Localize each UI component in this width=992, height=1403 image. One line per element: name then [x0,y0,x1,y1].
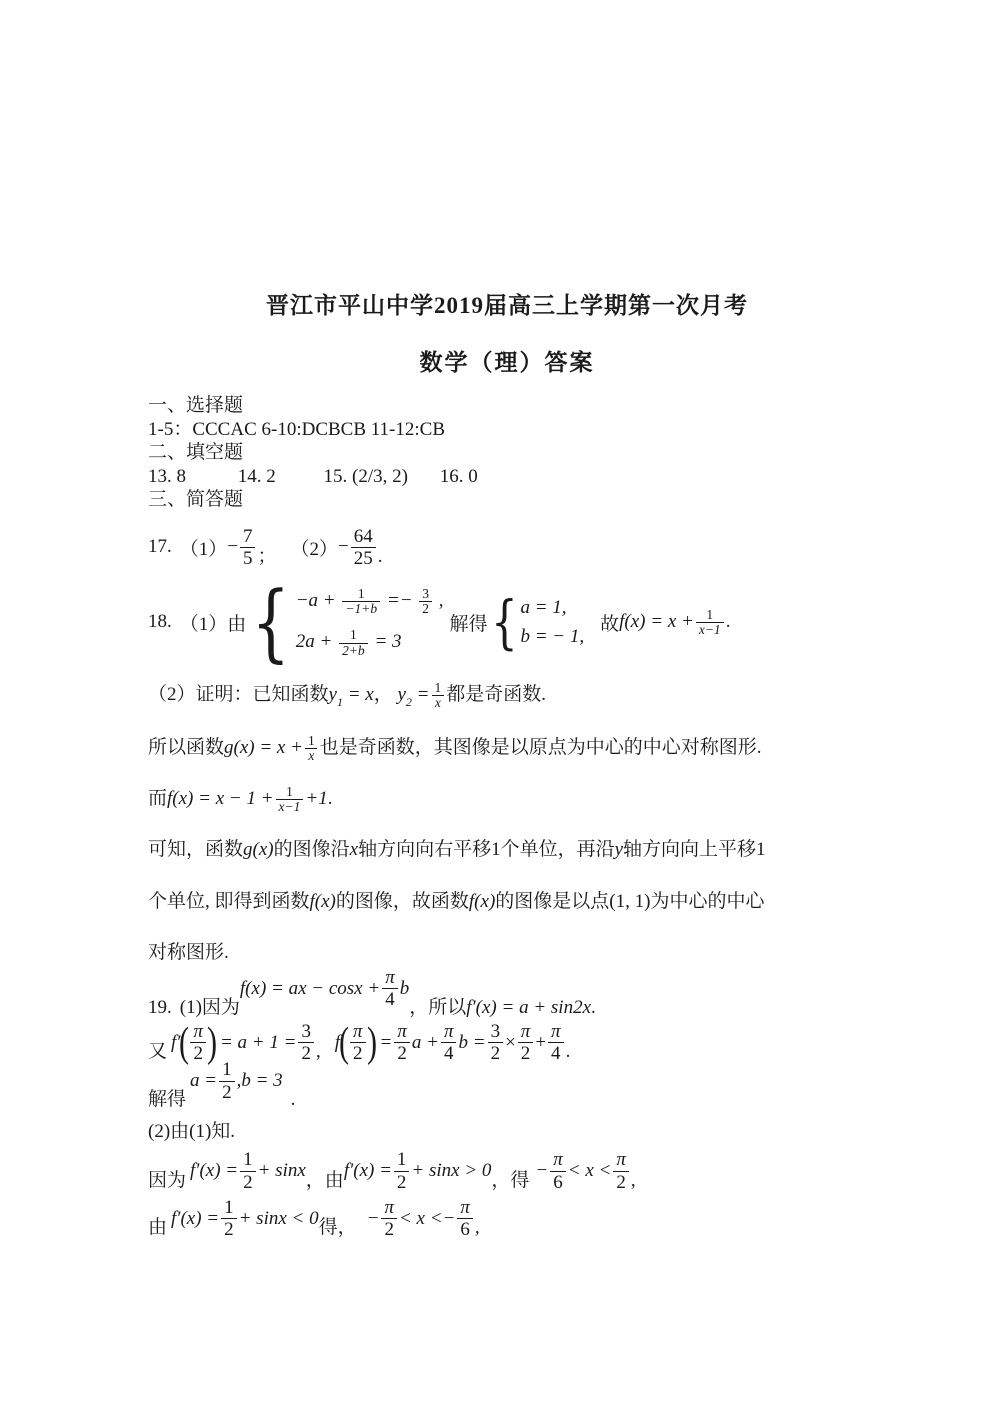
text-run: 故 [600,609,619,636]
q18-part2-line4: 可知，函数g(x)的图像沿x轴方向向右平移1个单位，再沿y轴方向向上平移1 [148,837,880,863]
comma: , [631,1170,636,1193]
fraction: 32 [419,587,432,616]
math-run: + sinx [258,1160,306,1182]
math-run: + sinx > 0 [411,1160,491,1182]
denominator: 6 [457,1218,473,1240]
comma: , [439,590,444,611]
math-run: f(x) = x − 1 + [167,788,274,809]
fraction: π2 [613,1149,629,1193]
numerator: 1 [283,785,296,799]
denominator: x [305,748,317,763]
equation-row: −a + 1−1+b =− 32 , [296,587,444,616]
q19-part1-line3: 解得 a = 12 ,b = 3 . [148,1068,880,1112]
text-run: 得， [319,1212,357,1240]
q18-part2-line1: （2）证明：已知函数y1 = x， y2 =1x都是奇函数. [148,674,880,717]
period: . [591,997,596,1020]
denominator: −1+b [342,601,380,616]
math-run: = [380,1032,393,1054]
part-label: (1)因为 [180,992,240,1020]
math-run: a + [412,1032,439,1054]
math-run: f(x) [469,891,495,912]
math-run: =− [387,590,413,611]
math-run: = [412,684,430,705]
text-run: 由 [227,609,246,636]
denominator: 5 [240,547,256,569]
math-run: b = [458,1032,485,1054]
text-run: 解得 [148,1084,186,1112]
text-run: 个单位, 即得到函数 [148,891,310,912]
numerator: 1 [240,1149,256,1170]
document-title: 晋江市平山中学2019届高三上学期第一次月考 [134,287,880,320]
minus-sign: − [443,1208,456,1230]
equation-system: a = 1, b = − 1, [520,597,584,648]
subscript: 2 [406,695,412,709]
numerator: π [613,1149,629,1170]
fraction: 12 [394,1149,410,1193]
math-run: −a + [296,590,336,611]
fill-answer-14: 14. 2 [238,465,276,489]
choice-answers: 1-5：CCCAC 6-10:DCBCB 11-12:CB [148,418,880,442]
text-run: 又 [148,1036,167,1064]
text-run: （2）证明：已知函数 [148,684,329,705]
question-number: 19. [148,997,172,1020]
numerator: 7 [240,526,256,547]
fraction: 32 [298,1021,314,1065]
math-run: b [400,978,410,1000]
text-run: 所以函数 [148,737,224,758]
q18-part2-line5: 个单位, 即得到函数f(x)的图像，故函数f(x)的图像是以点(1, 1)为中心… [148,889,880,915]
document-subtitle: 数学（理）答案 [134,344,880,377]
fill-answer-16: 16. 0 [440,465,478,489]
minus-sign: − [535,1160,548,1182]
fraction: 1x [305,734,318,763]
fraction: 6425 [351,526,376,570]
fraction: π4 [441,1021,457,1065]
math-run: x [350,839,358,860]
text-run: 也是奇函数，其图像是以原点为中心的中心对称图形. [320,737,762,758]
minus-sign: − [338,536,349,558]
text-run: ，所以 [409,992,466,1020]
fraction: π2 [518,1021,534,1065]
q18-part2-line3: 而f(x) = x − 1 +1x−1+1. [148,779,880,819]
denominator: 6 [550,1171,566,1193]
denominator: 2 [613,1171,629,1193]
fraction: 1−1+b [342,587,380,616]
equation-row: a = 1, [520,597,584,619]
text-run: ，由 [306,1165,344,1193]
fraction: π4 [548,1021,564,1065]
math-run: a = [190,1070,217,1092]
fraction: 12 [221,1197,237,1241]
numerator: 1 [219,1059,235,1080]
fraction: π2 [394,1021,410,1065]
denominator: 2 [190,1042,206,1064]
math-run: g(x) [243,839,274,860]
math-run: g(x) = x + [224,737,303,758]
times-sign: × [505,1032,516,1054]
minus-sign: − [367,1208,380,1230]
numerator: π [190,1021,206,1042]
numerator: 1 [432,681,445,695]
fraction: π2 [381,1197,397,1241]
subscript: 1 [337,695,343,709]
math-run: y [397,684,405,705]
denominator: 2 [219,1081,235,1103]
denominator: 2 [240,1171,256,1193]
denominator: 4 [441,1042,457,1064]
fraction: 12+b [339,628,368,657]
text-run: 可知，函数 [148,839,243,860]
plus-sign: + [535,1032,546,1054]
text-run: 的图像沿 [274,839,350,860]
equation-row: 2a + 12+b = 3 [296,628,444,657]
numerator: 1 [221,1197,237,1218]
q19-part2-line3: 由 f′(x) = 12 + sinx < 0 得， − π2 < x < − … [148,1197,880,1241]
q18-part2-line2: 所以函数g(x) = x +1x也是奇函数，其图像是以原点为中心的中心对称图形. [148,727,880,769]
text-run: 为中心的中心 [650,891,764,912]
numerator: 3 [298,1021,314,1042]
text-run: 都是奇函数. [446,684,546,705]
numerator: π [550,1149,566,1170]
denominator: x−1 [276,799,304,814]
math-run: y [615,839,623,860]
fill-answers: 13. 8 14. 2 15. (2/3, 2) 16. 0 [148,465,880,489]
fraction: π2 [350,1021,366,1065]
fill-answer-15: 15. (2/3, 2) [324,465,408,489]
math-run: = x [343,684,374,705]
numerator: 3 [419,587,432,601]
math-run: f′(x) = [171,1208,219,1230]
comma: , [475,1217,480,1240]
text-run: 轴方向向右平移1个单位，再沿 [358,839,615,860]
question-number: 17. [148,536,172,558]
part-label: （1） [180,534,228,561]
denominator: 2 [518,1042,534,1064]
fraction: 75 [240,526,256,570]
math-run: = 3 [374,631,401,652]
math-run: ,b = 3 [237,1070,283,1092]
numerator: π [457,1197,473,1218]
numerator: 3 [488,1021,504,1042]
math-run: f′(x) = [344,1160,392,1182]
equation-system: −a + 1−1+b =− 32 , 2a + 12+b = 3 [296,587,444,658]
numerator: π [548,1021,564,1042]
math-run: f′(x) = [190,1160,238,1182]
text-run: 轴方向向上平移1 [623,839,766,860]
q19-part1-line2: 又 f′ ( π2 ) = a + 1 = 32 , f ( π2 ) = π2… [148,1021,880,1065]
denominator: 2+b [339,643,368,658]
question-number: 18. [148,611,172,633]
text-run: 由 [148,1212,167,1240]
text-run: 的图像是以点 [495,891,609,912]
fraction: 1x−1 [276,785,304,814]
section-heading-choice: 一、选择题 [148,394,880,418]
denominator: x−1 [696,622,724,637]
part-label: （1） [180,609,228,636]
period: . [291,1089,296,1112]
text-run: 因为 [148,1165,186,1193]
section-heading-fill: 二、填空题 [148,441,880,465]
text-run: 解得 [450,609,488,636]
fill-answer-13: 13. 8 [148,465,186,489]
fraction: π6 [550,1149,566,1193]
math-run: f(x) = x + [619,611,694,633]
q18-part2-line6: 对称图形. [148,941,880,965]
numerator: π [350,1021,366,1042]
numerator: 1 [305,734,318,748]
fraction: 12 [240,1149,256,1193]
q19-part1-line1: 19. (1)因为 f(x) = ax − cosx + π4 b ，所以 f′… [148,976,880,1020]
denominator: 2 [350,1042,366,1064]
q19-part2-line2: 因为 f′(x) = 12 + sinx ，由 f′(x) = 12 + sin… [148,1149,880,1193]
math-run: (1, 1) [609,891,650,912]
numerator: π [441,1021,457,1042]
document-page: 晋江市平山中学2019届高三上学期第一次月考 数学（理）答案 一、选择题 1-5… [0,0,992,1403]
comma: , [316,1041,321,1064]
q18-part1: 18. （1） 由 { −a + 1−1+b =− 32 , 2a + 12+b… [148,587,880,658]
part-label: （2） [291,534,339,561]
math-run: f(x) = ax − cosx + [240,978,380,1000]
numerator: π [382,967,398,988]
denominator: 4 [548,1042,564,1064]
math-run: y [329,684,337,705]
math-run: = a + 1 = [220,1032,296,1054]
denominator: 2 [419,601,432,616]
q19-part2-line1: (2)由(1)知. [148,1120,880,1144]
numerator: π [394,1021,410,1042]
denominator: 2 [394,1171,410,1193]
fraction: π6 [457,1197,473,1241]
separator: ； [257,541,276,569]
numerator: 1 [355,587,368,601]
denominator: 2 [298,1042,314,1064]
numerator: 1 [347,628,360,642]
text-run: ，得 [491,1165,529,1193]
q17-answer: 17. （1） − 75 ； （2） − 6425 . [148,526,880,570]
math-run: < x < [568,1160,612,1182]
period: . [328,788,333,809]
numerator: 1 [703,608,716,622]
fraction: 32 [488,1021,504,1065]
denominator: 2 [394,1042,410,1064]
denominator: 2 [381,1218,397,1240]
period: . [566,1041,571,1064]
denominator: 4 [382,988,398,1010]
text-run: 而 [148,788,167,809]
text-run: 的图像，故函数 [336,891,469,912]
numerator: π [381,1197,397,1218]
math-run: +1 [305,788,327,809]
math-run: f′(x) = a + sin2x [466,997,591,1020]
minus-sign: − [227,536,238,558]
fraction: 1x−1 [696,608,724,637]
equation-row: b = − 1, [520,626,584,648]
period: . [726,611,731,633]
section-heading-short: 三、简答题 [148,488,880,512]
math-run: + sinx < 0 [239,1208,319,1230]
fraction: π2 [190,1021,206,1065]
denominator: 25 [351,547,376,569]
math-run: 2a + [296,631,333,652]
denominator: 2 [221,1218,237,1240]
period: . [378,546,383,569]
fraction: 1x [432,681,445,710]
numerator: 1 [394,1149,410,1170]
numerator: π [518,1021,534,1042]
denominator: x [432,695,444,710]
numerator: 64 [351,526,376,547]
math-run: < x < [399,1208,443,1230]
math-run: f(x) [310,891,336,912]
denominator: 2 [488,1042,504,1064]
comma: ， [374,684,398,705]
fraction: 12 [219,1059,235,1103]
fraction: π4 [382,967,398,1011]
